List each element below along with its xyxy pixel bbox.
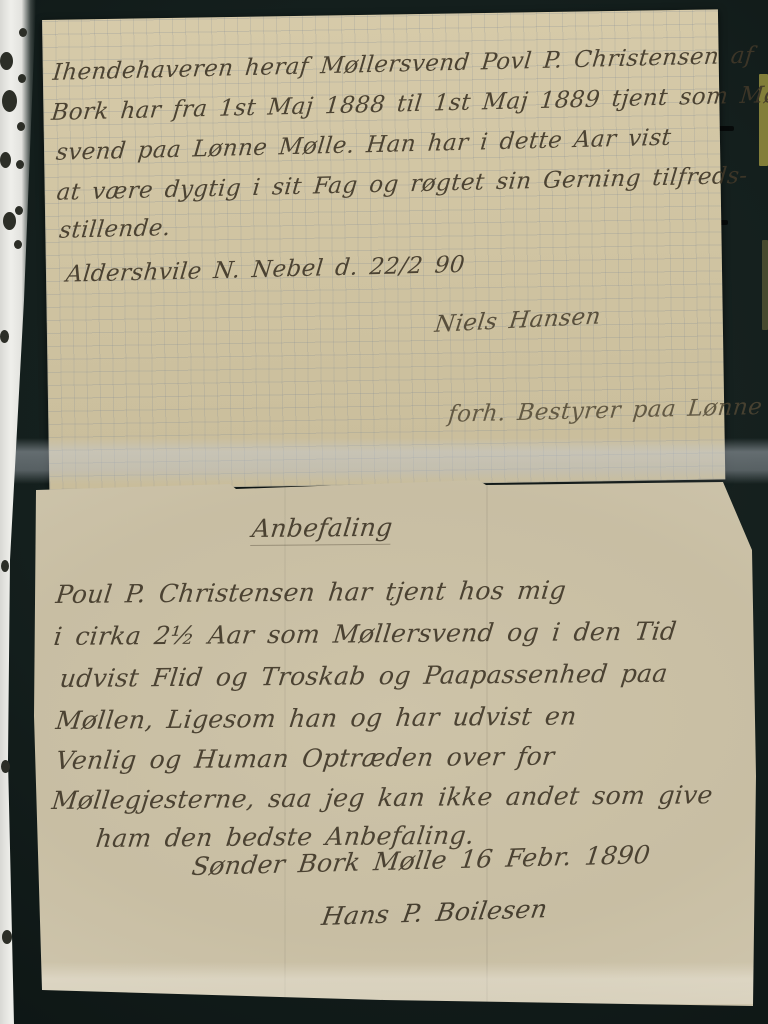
background-object-sliver: [762, 240, 768, 330]
handwritten-line: Ihendehaveren heraf Møllersvend Povl P. …: [52, 43, 756, 86]
binder-hole: [1, 560, 9, 572]
binder-hole: [15, 206, 23, 215]
document-title: Anbefaling: [250, 513, 394, 546]
signature-title: forh. Bestyrer paa Lønne Mølle: [447, 392, 768, 428]
handwritten-line: Poul P. Christensen har tjent hos mig: [54, 576, 567, 609]
top-document: Ihendehaveren heraf Møllersvend Povl P. …: [42, 9, 725, 490]
handwritten-line: stillende.: [58, 215, 172, 244]
handwritten-line: i cirka 2½ Aar som Møllersvend og i den …: [52, 617, 678, 651]
glare-band: [0, 438, 768, 484]
binder-hole: [19, 28, 27, 37]
handwritten-line: at være dygtig i sit Fag og røgtet sin G…: [55, 163, 748, 206]
signature: Niels Hansen: [433, 303, 602, 337]
binder-hole: [18, 74, 26, 83]
binder-hole: [0, 52, 13, 70]
handwritten-line: Venlig og Human Optræden over for: [54, 742, 556, 775]
bottom-document: Anbefaling Poul P. Christensen har tjent…: [34, 476, 758, 1007]
binder-hole: [2, 930, 12, 944]
dateline: Aldershvile N. Nebel d. 22/2 90: [65, 252, 466, 288]
binder-hole: [0, 330, 9, 343]
binder-hole: [3, 212, 16, 230]
binder-hole: [16, 160, 24, 169]
binder-hole: [0, 152, 11, 168]
signature: Hans P. Boilesen: [320, 894, 550, 931]
handwritten-line: Bork har fra 1st Maj 1888 til 1st Maj 18…: [50, 81, 768, 126]
handwritten-line: udvist Flid og Troskab og Paapassenhed p…: [58, 659, 669, 693]
binder-hole: [14, 240, 22, 249]
binder-hole: [1, 760, 10, 773]
handwritten-line: svend paa Lønne Mølle. Han har i dette A…: [55, 125, 673, 166]
binder-hole: [2, 90, 17, 112]
handwritten-line: Møllen, Ligesom han og har udvist en: [54, 701, 578, 735]
handwritten-line: Møllegjesterne, saa jeg kan ikke andet s…: [50, 780, 714, 815]
binder-hole: [17, 122, 25, 131]
